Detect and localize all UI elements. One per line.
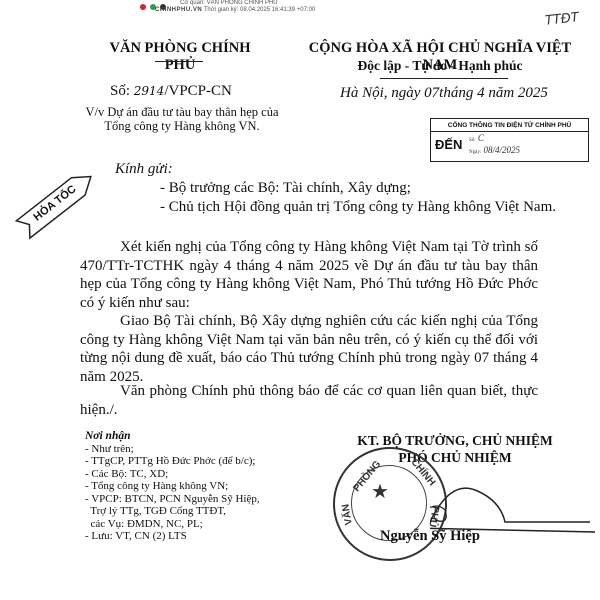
body-paragraph: Giao Bộ Tài chính, Bộ Xây dựng nghiên cứ… xyxy=(80,312,538,386)
date-suffix: tháng 4 năm 2025 xyxy=(439,85,548,101)
salutation-label: Kính gửi: xyxy=(115,161,173,178)
stamp-date-value: 08/4/2025 xyxy=(483,145,520,155)
recipient-item: - Chủ tịch Hội đồng quản trị Tổng công t… xyxy=(160,199,556,216)
document-number: Số: 2914/VPCP-CN xyxy=(110,83,232,100)
stamp-date: Ngày: 08/4/2025 xyxy=(469,145,520,155)
handwritten-mark: TTĐT xyxy=(544,10,579,28)
distribution-item: các Vụ: ĐMDN, NC, PL; xyxy=(85,518,260,531)
date-line: Hà Nội, ngày 07tháng 4 năm 2025 xyxy=(340,85,548,102)
star-icon: ★ xyxy=(371,479,389,504)
motto-divider xyxy=(380,78,508,79)
brand-label: CHINHPHU.VN xyxy=(155,7,202,13)
distribution-item: - Như trên; xyxy=(85,443,260,456)
recipient-item: - Bộ trưởng các Bộ: Tài chính, Xây dựng; xyxy=(160,180,411,197)
paragraph-text: Giao Bộ Tài chính, Bộ Xây dựng nghiên cứ… xyxy=(80,313,538,385)
stamp-number-label: Số: xyxy=(469,138,476,143)
urgent-stamp: HỎA TỐC xyxy=(14,165,101,241)
signature-agency: Cơ quan: VĂN PHÒNG CHÍNH PHỦ xyxy=(155,0,315,7)
subject-line-2: Tổng công ty Hàng không VN. xyxy=(82,119,282,133)
paragraph-text: Văn phòng Chính phủ thông báo để các cơ … xyxy=(80,383,538,418)
subject-line-1: V/v Dự án đầu tư tàu bay thân hẹp của xyxy=(82,105,282,119)
distribution-item: - Lưu: VT, CN (2) LTS xyxy=(85,530,260,543)
date-prefix: Hà Nội, ngày xyxy=(340,85,424,101)
agency-divider xyxy=(155,61,203,62)
doc-number-label: Số: xyxy=(110,83,134,99)
distribution-item: - Các Bộ: TC, XD; xyxy=(85,468,260,481)
digital-signature-info: Cơ quan: VĂN PHÒNG CHÍNH PHỦ CHINHPHU.VN… xyxy=(155,0,315,14)
doc-number-suffix: /VPCP-CN xyxy=(164,83,232,99)
distribution-list: Nơi nhận - Như trên; - TTgCP, PTTg Hồ Đứ… xyxy=(85,430,260,543)
national-motto: Độc lập - Tự do - Hạnh phúc xyxy=(290,58,590,74)
date-day: 07 xyxy=(424,85,439,101)
distribution-title: Nơi nhận xyxy=(85,430,260,443)
signature-time: Thời gian ký: 08.04.2025 16:41:39 +07:00 xyxy=(204,7,316,13)
distribution-item: Trợ lý TTg, TGĐ Cổng TTĐT, xyxy=(85,505,260,518)
stamp-date-label: Ngày: xyxy=(469,150,481,155)
logo-dot-red-icon xyxy=(140,4,146,10)
issuing-agency: VĂN PHÒNG CHÍNH PHỦ xyxy=(95,40,265,74)
body-paragraph: Văn phòng Chính phủ thông báo để các cơ … xyxy=(80,382,538,419)
distribution-item: - Tổng công ty Hàng không VN; xyxy=(85,480,260,493)
distribution-item: - VPCP: BTCN, PCN Nguyễn Sỹ Hiệp, xyxy=(85,493,260,506)
stamp-label: ĐẾN xyxy=(435,137,462,152)
document-subject: V/v Dự án đầu tư tàu bay thân hẹp của Tổ… xyxy=(82,105,282,133)
body-paragraph: Xét kiến nghị của Tổng công ty Hàng khôn… xyxy=(80,238,538,312)
paragraph-text: Xét kiến nghị của Tổng công ty Hàng khôn… xyxy=(80,239,538,311)
stamp-number-value: C xyxy=(478,133,484,143)
incoming-stamp: CỔNG THÔNG TIN ĐIỆN TỬ CHÍNH PHỦ ĐẾN Số:… xyxy=(430,118,589,162)
signer-title-line-1: KT. BỘ TRƯỞNG, CHỦ NHIỆM xyxy=(320,432,590,449)
signer-name: Nguyễn Sỹ Hiệp xyxy=(380,528,480,545)
distribution-item: - TTgCP, PTTg Hồ Đức Phớc (để b/c); xyxy=(85,455,260,468)
stamp-number: Số: C xyxy=(469,133,484,143)
doc-number-handwritten: 2914 xyxy=(134,84,165,98)
stamp-header: CỔNG THÔNG TIN ĐIỆN TỬ CHÍNH PHỦ xyxy=(431,122,588,132)
